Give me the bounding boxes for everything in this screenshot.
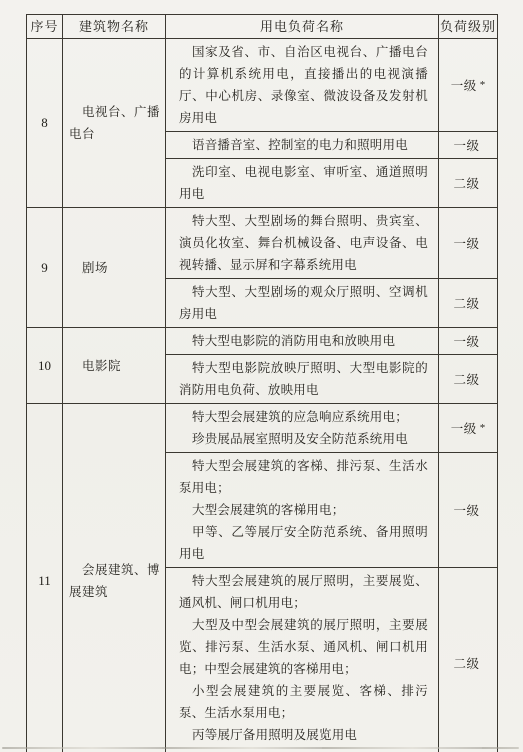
building-name: 电视台、广播电台 xyxy=(69,101,160,145)
load-level-text: 二级 xyxy=(453,297,479,311)
load-name-paragraph: 大型及中型会展建筑的展厅照明，主要展览、排污泵、生活水泵、通风机、闸口机用电；中… xyxy=(179,614,428,680)
table-row: 9剧场特大型、大型剧场的舞台照明、贵宾室、演员化妆室、舞台机械设备、电声设备、电… xyxy=(27,208,498,279)
load-level-text: 一级 xyxy=(453,335,479,349)
table-header: 序号 建筑物名称 用电负荷名称 负荷级别 xyxy=(27,15,498,39)
building-name-cell: 剧场 xyxy=(63,208,166,328)
row-number-cell: 11 xyxy=(27,404,63,752)
load-level-cell: 一级 xyxy=(439,453,498,568)
load-level-text: 一级 xyxy=(453,237,479,251)
load-name-paragraph: 小型会展建筑的主要展览、客梯、排污泵、生活水泵用电； xyxy=(179,680,428,724)
load-level-cell: 一级* xyxy=(439,39,498,132)
load-name-paragraph: 特大型、大型剧场的舞台照明、贵宾室、演员化妆室、舞台机械设备、电声设备、电视转播… xyxy=(179,210,428,276)
load-level-cell: 一级 xyxy=(439,328,498,355)
row-number-cell: 9 xyxy=(27,208,63,328)
load-level-text: 二级 xyxy=(453,657,479,671)
load-name-paragraph: 国家及省、市、自治区电视台、广播电台的计算机系统用电，直接播出的电视演播厅、中心… xyxy=(179,41,428,129)
load-name-cell: 洗印室、电视电影室、审听室、通道照明用电 xyxy=(166,159,439,208)
building-name-cell: 会展建筑、博展建筑 xyxy=(63,404,166,752)
load-name-cell: 特大型电影院放映厅照明、大型电影院的消防用电负荷、放映用电 xyxy=(166,355,439,404)
row-number-cell: 8 xyxy=(27,39,63,208)
table-row: 11会展建筑、博展建筑特大型会展建筑的应急响应系统用电；珍贵展品展室照明及安全防… xyxy=(27,404,498,453)
load-name-paragraph: 语音播音室、控制室的电力和照明用电 xyxy=(179,134,428,156)
load-name-cell: 特大型会展建筑的客梯、排污泵、生活水泵用电；大型会展建筑的客梯用电；甲等、乙等展… xyxy=(166,453,439,568)
load-name-paragraph: 特大型会展建筑的应急响应系统用电； xyxy=(179,406,428,428)
scan-artifact-line xyxy=(2,747,519,749)
load-level-cell: 二级 xyxy=(439,355,498,404)
table-row: 10电影院特大型电影院的消防用电和放映用电一级 xyxy=(27,328,498,355)
load-level-cell: 一级 xyxy=(439,208,498,279)
load-name-cell: 特大型、大型剧场的舞台照明、贵宾室、演员化妆室、舞台机械设备、电声设备、电视转播… xyxy=(166,208,439,279)
table-row: 8电视台、广播电台国家及省、市、自治区电视台、广播电台的计算机系统用电，直接播出… xyxy=(27,39,498,132)
table-body: 8电视台、广播电台国家及省、市、自治区电视台、广播电台的计算机系统用电，直接播出… xyxy=(27,39,498,752)
load-name-paragraph: 特大型会展建筑的客梯、排污泵、生活水泵用电； xyxy=(179,455,428,499)
load-name-paragraph: 甲等、乙等展厅安全防范系统、备用照明用电 xyxy=(179,521,428,565)
load-level-text: 一级 xyxy=(451,422,477,436)
load-name-paragraph: 洗印室、电视电影室、审听室、通道照明用电 xyxy=(179,161,428,205)
load-name-cell: 特大型电影院的消防用电和放映用电 xyxy=(166,328,439,355)
load-level-cell: 二级 xyxy=(439,279,498,328)
load-name-paragraph: 丙等展厅备用照明及展览用电 xyxy=(179,724,428,746)
load-level-text: 一级 xyxy=(453,139,479,153)
load-name-cell: 特大型会展建筑的展厅照明，主要展览、通风机、闸口机用电；大型及中型会展建筑的展厅… xyxy=(166,568,439,752)
load-name-paragraph: 特大型电影院的消防用电和放映用电 xyxy=(179,330,428,352)
load-level-cell: 二级 xyxy=(439,568,498,752)
load-level-text: 一级 xyxy=(451,79,477,93)
column-header-building-name: 建筑物名称 xyxy=(63,15,166,39)
building-name-cell: 电视台、广播电台 xyxy=(63,39,166,208)
load-level-cell: 二级 xyxy=(439,159,498,208)
load-name-cell: 特大型会展建筑的应急响应系统用电；珍贵展品展室照明及安全防范系统用电 xyxy=(166,404,439,453)
scanned-document-page: 序号 建筑物名称 用电负荷名称 负荷级别 8电视台、广播电台国家及省、市、自治区… xyxy=(0,0,523,752)
special-load-star: * xyxy=(480,422,486,434)
special-load-star: * xyxy=(480,79,486,91)
load-name-cell: 特大型、大型剧场的观众厅照明、空调机房用电 xyxy=(166,279,439,328)
load-name-paragraph: 珍贵展品展室照明及安全防范系统用电 xyxy=(179,428,428,450)
building-name: 会展建筑、博展建筑 xyxy=(69,559,160,603)
load-level-cell: 一级 xyxy=(439,132,498,159)
load-name-cell: 语音播音室、控制室的电力和照明用电 xyxy=(166,132,439,159)
load-name-cell: 国家及省、市、自治区电视台、广播电台的计算机系统用电，直接播出的电视演播厅、中心… xyxy=(166,39,439,132)
building-name-cell: 电影院 xyxy=(63,328,166,404)
load-classification-table: 序号 建筑物名称 用电负荷名称 负荷级别 8电视台、广播电台国家及省、市、自治区… xyxy=(26,14,498,752)
column-header-index: 序号 xyxy=(27,15,63,39)
table-header-row: 序号 建筑物名称 用电负荷名称 负荷级别 xyxy=(27,15,498,39)
row-number-cell: 10 xyxy=(27,328,63,404)
building-name: 电影院 xyxy=(69,355,160,377)
load-level-text: 一级 xyxy=(453,504,479,518)
load-name-paragraph: 特大型会展建筑的展厅照明，主要展览、通风机、闸口机用电； xyxy=(179,570,428,614)
load-level-text: 二级 xyxy=(453,177,479,191)
load-level-text: 二级 xyxy=(453,373,479,387)
load-name-paragraph: 特大型电影院放映厅照明、大型电影院的消防用电负荷、放映用电 xyxy=(179,357,428,401)
load-level-cell: 一级* xyxy=(439,404,498,453)
load-name-paragraph: 大型会展建筑的客梯用电； xyxy=(179,499,428,521)
column-header-load-name: 用电负荷名称 xyxy=(166,15,439,39)
load-name-paragraph: 特大型、大型剧场的观众厅照明、空调机房用电 xyxy=(179,281,428,325)
building-name: 剧场 xyxy=(69,257,160,279)
column-header-load-level: 负荷级别 xyxy=(439,15,498,39)
